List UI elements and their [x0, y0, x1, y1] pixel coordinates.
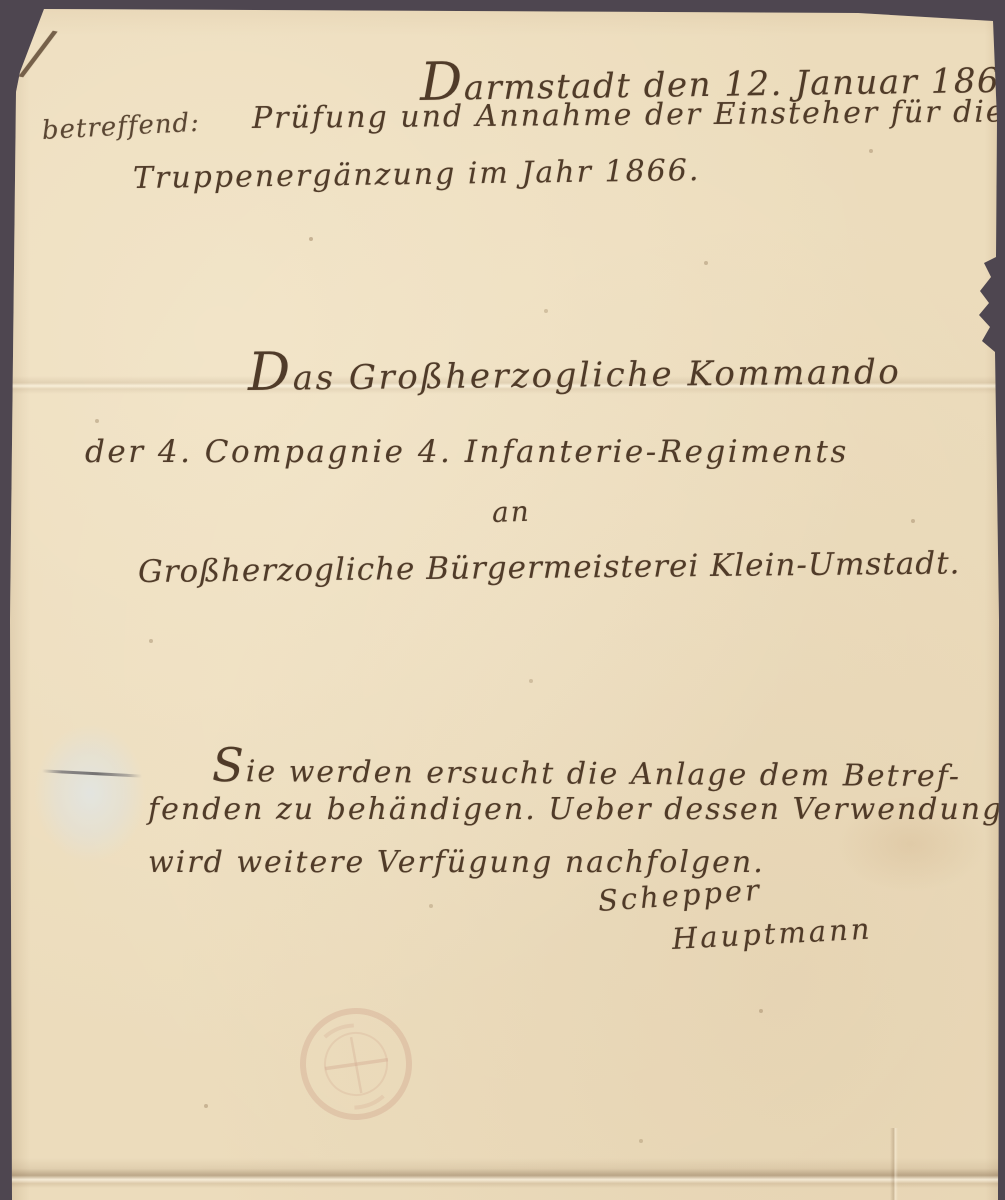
letter-paper-sheet: / Darmstadt den 12. Januar 1866. betreff…	[0, 0, 1005, 1200]
signature-rank: Hauptmann	[671, 912, 873, 956]
seal-residue-blot	[34, 724, 146, 862]
circular-postmark-icon	[270, 978, 441, 1149]
body-line-3: wird weitere Verfügung nachfolgen.	[148, 845, 765, 880]
fold-crease-lower	[0, 1158, 1005, 1188]
preposition-an: an	[491, 495, 531, 529]
subject-label: betreffend:	[41, 108, 200, 146]
scanned-letter-page: { "document": { "header": { "date_line":…	[0, 0, 1005, 1200]
recipient-line: Großherzogliche Bürgermeisterei Klein-Um…	[138, 545, 961, 590]
subject-line-2: Truppenergänzung im Jahr 1866.	[133, 153, 701, 196]
corner-pen-mark: /	[22, 15, 55, 91]
body-line-1: Sie werden ersucht die Anlage dem Betref…	[212, 738, 961, 797]
paper-specks	[0, 0, 2, 2]
sender-line-2: der 4. Compagnie 4. Infanterie-Regiments	[85, 434, 849, 470]
sender-line-1: Das Großherzogliche Kommando	[248, 335, 902, 403]
body-line-2: fenden zu behändigen. Ueber dessen Verwe…	[148, 792, 1003, 827]
fold-crease-vertical	[890, 1128, 898, 1200]
subject-line-1: Prüfung und Annahme der Einsteher für di…	[252, 94, 1005, 136]
